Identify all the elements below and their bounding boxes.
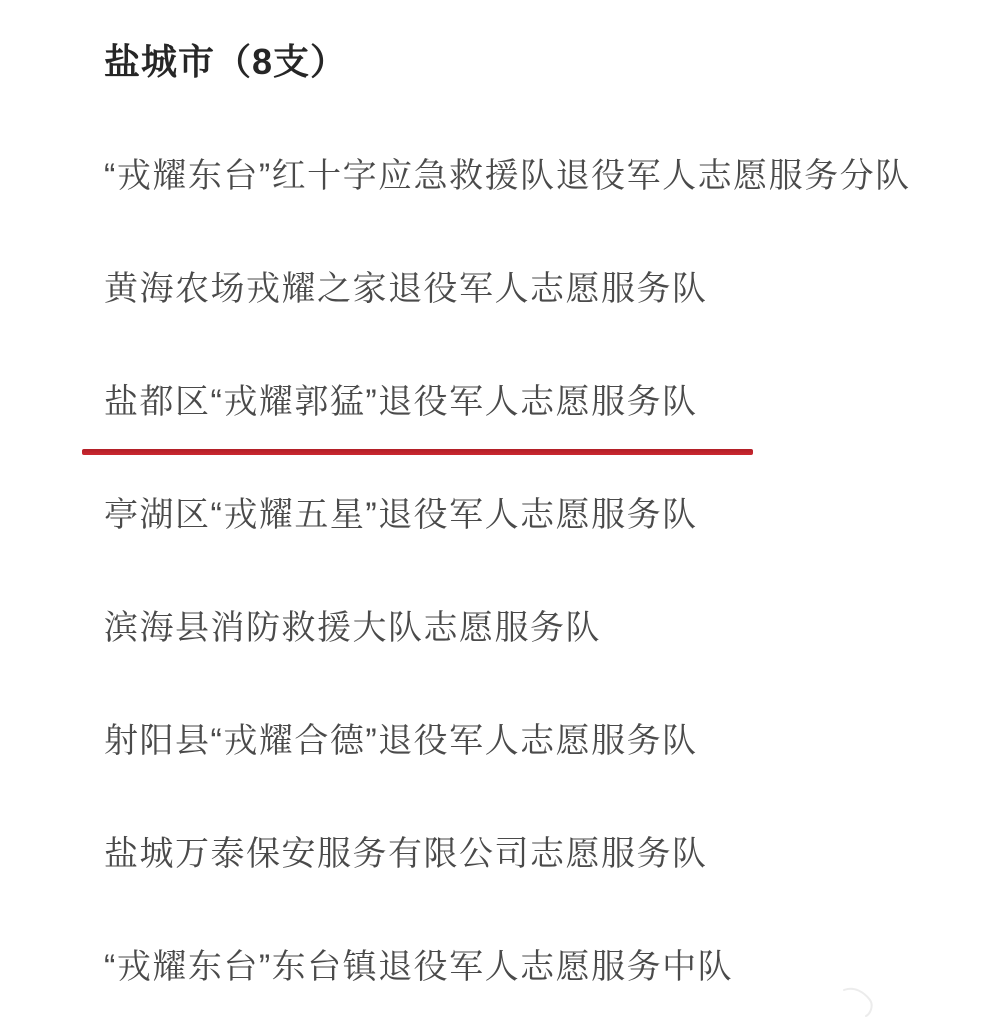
team-list-item: 黄海农场戎耀之家退役军人志愿服务队 (104, 271, 998, 308)
team-list-item-highlighted: 盐都区“戎耀郭猛”退役军人志愿服务队 (104, 384, 998, 421)
team-name: “戎耀东台”东台镇退役军人志愿服务中队 (104, 948, 733, 986)
red-underline-divider (82, 449, 753, 455)
team-list-item: 盐城万泰保安服务有限公司志愿服务队 (104, 836, 998, 873)
team-list-item: “戎耀东台”红十字应急救援队退役军人志愿服务分队 (104, 158, 998, 195)
team-name: 亭湖区“戎耀五星”退役军人志愿服务队 (104, 496, 698, 534)
team-list-item: 滨海县消防救援大队志愿服务队 (104, 610, 998, 647)
team-list: “戎耀东台”红十字应急救援队退役军人志愿服务分队 黄海农场戎耀之家退役军人志愿服… (104, 158, 998, 986)
team-name: 黄海农场戎耀之家退役军人志愿服务队 (104, 270, 708, 308)
team-list-item: 亭湖区“戎耀五星”退役军人志愿服务队 (104, 497, 998, 534)
team-name: 射阳县“戎耀合德”退役军人志愿服务队 (104, 722, 698, 760)
city-heading: 盐城市（8支） (104, 42, 998, 82)
team-name: 盐城万泰保安服务有限公司志愿服务队 (104, 835, 708, 873)
team-name: 滨海县消防救援大队志愿服务队 (104, 609, 601, 647)
team-name: “戎耀东台”红十字应急救援队退役军人志愿服务分队 (104, 157, 911, 195)
document-page: 盐城市（8支） “戎耀东台”红十字应急救援队退役军人志愿服务分队 黄海农场戎耀之… (0, 0, 998, 1024)
faint-watermark-mark (840, 982, 900, 1022)
team-name: 盐都区“戎耀郭猛”退役军人志愿服务队 (104, 383, 698, 421)
team-list-item: “戎耀东台”东台镇退役军人志愿服务中队 (104, 949, 998, 986)
team-list-item: 射阳县“戎耀合德”退役军人志愿服务队 (104, 723, 998, 760)
